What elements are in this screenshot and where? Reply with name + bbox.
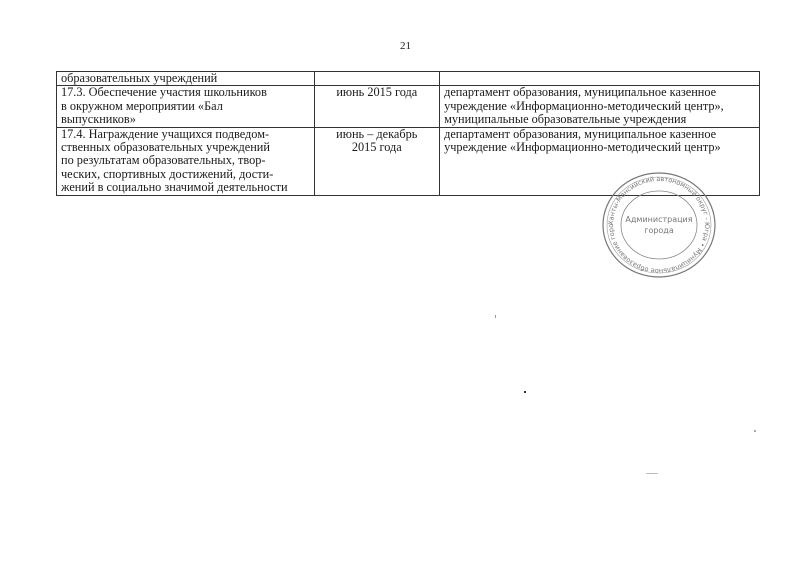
- activity-cell: 17.4. Награждение учащихся подведом- ств…: [57, 127, 315, 195]
- stamp-center-line2: города: [644, 226, 674, 235]
- activity-line: ческих, спортивных достижений, дости-: [61, 168, 310, 181]
- responsible-line: учреждение «Информационно-методический ц…: [444, 141, 755, 154]
- responsible-cell: [440, 72, 760, 86]
- period-line: 2015 года: [319, 141, 436, 154]
- period-cell: июнь – декабрь 2015 года: [314, 127, 440, 195]
- activity-line: 17.3. Обеспечение участия школьников: [61, 86, 310, 99]
- activity-line: 17.4. Награждение учащихся подведом-: [61, 128, 310, 141]
- scan-speck: [495, 315, 496, 318]
- period-cell: [314, 72, 440, 86]
- activity-line: в окружном мероприятии «Бал: [61, 100, 310, 113]
- activity-line: жений в социально значимой деятельности: [61, 181, 310, 194]
- responsible-line: департамент образования, муниципальное к…: [444, 128, 755, 141]
- activity-cell: образовательных учреждений: [57, 72, 315, 86]
- responsible-line: департамент образования, муниципальное к…: [444, 86, 755, 99]
- activity-line: образовательных учреждений: [61, 72, 310, 85]
- scan-speck: [646, 473, 658, 474]
- responsible-line: учреждение «Информационно-методический ц…: [444, 100, 755, 113]
- page-number: 21: [400, 40, 411, 52]
- period-line: июнь – декабрь: [319, 128, 436, 141]
- table-row: образовательных учреждений: [57, 72, 760, 86]
- activity-line: ственных образовательных учреждений: [61, 141, 310, 154]
- responsible-cell: департамент образования, муниципальное к…: [440, 86, 760, 127]
- scan-speck: [754, 430, 756, 432]
- responsible-line: муниципальные образовательные учреждения: [444, 113, 755, 126]
- activity-cell: 17.3. Обеспечение участия школьников в о…: [57, 86, 315, 127]
- period-cell: июнь 2015 года: [314, 86, 440, 127]
- activity-line: по результатам образовательных, твор-: [61, 154, 310, 167]
- official-stamp-icon: Ханты-Мансийский автономный округ - Югра…: [598, 170, 720, 280]
- period-line: июнь 2015 года: [319, 86, 436, 99]
- stamp-center-line1: Администрация: [625, 215, 692, 224]
- scan-speck: [524, 391, 526, 393]
- activity-line: выпускников»: [61, 113, 310, 126]
- table-row: 17.3. Обеспечение участия школьников в о…: [57, 86, 760, 127]
